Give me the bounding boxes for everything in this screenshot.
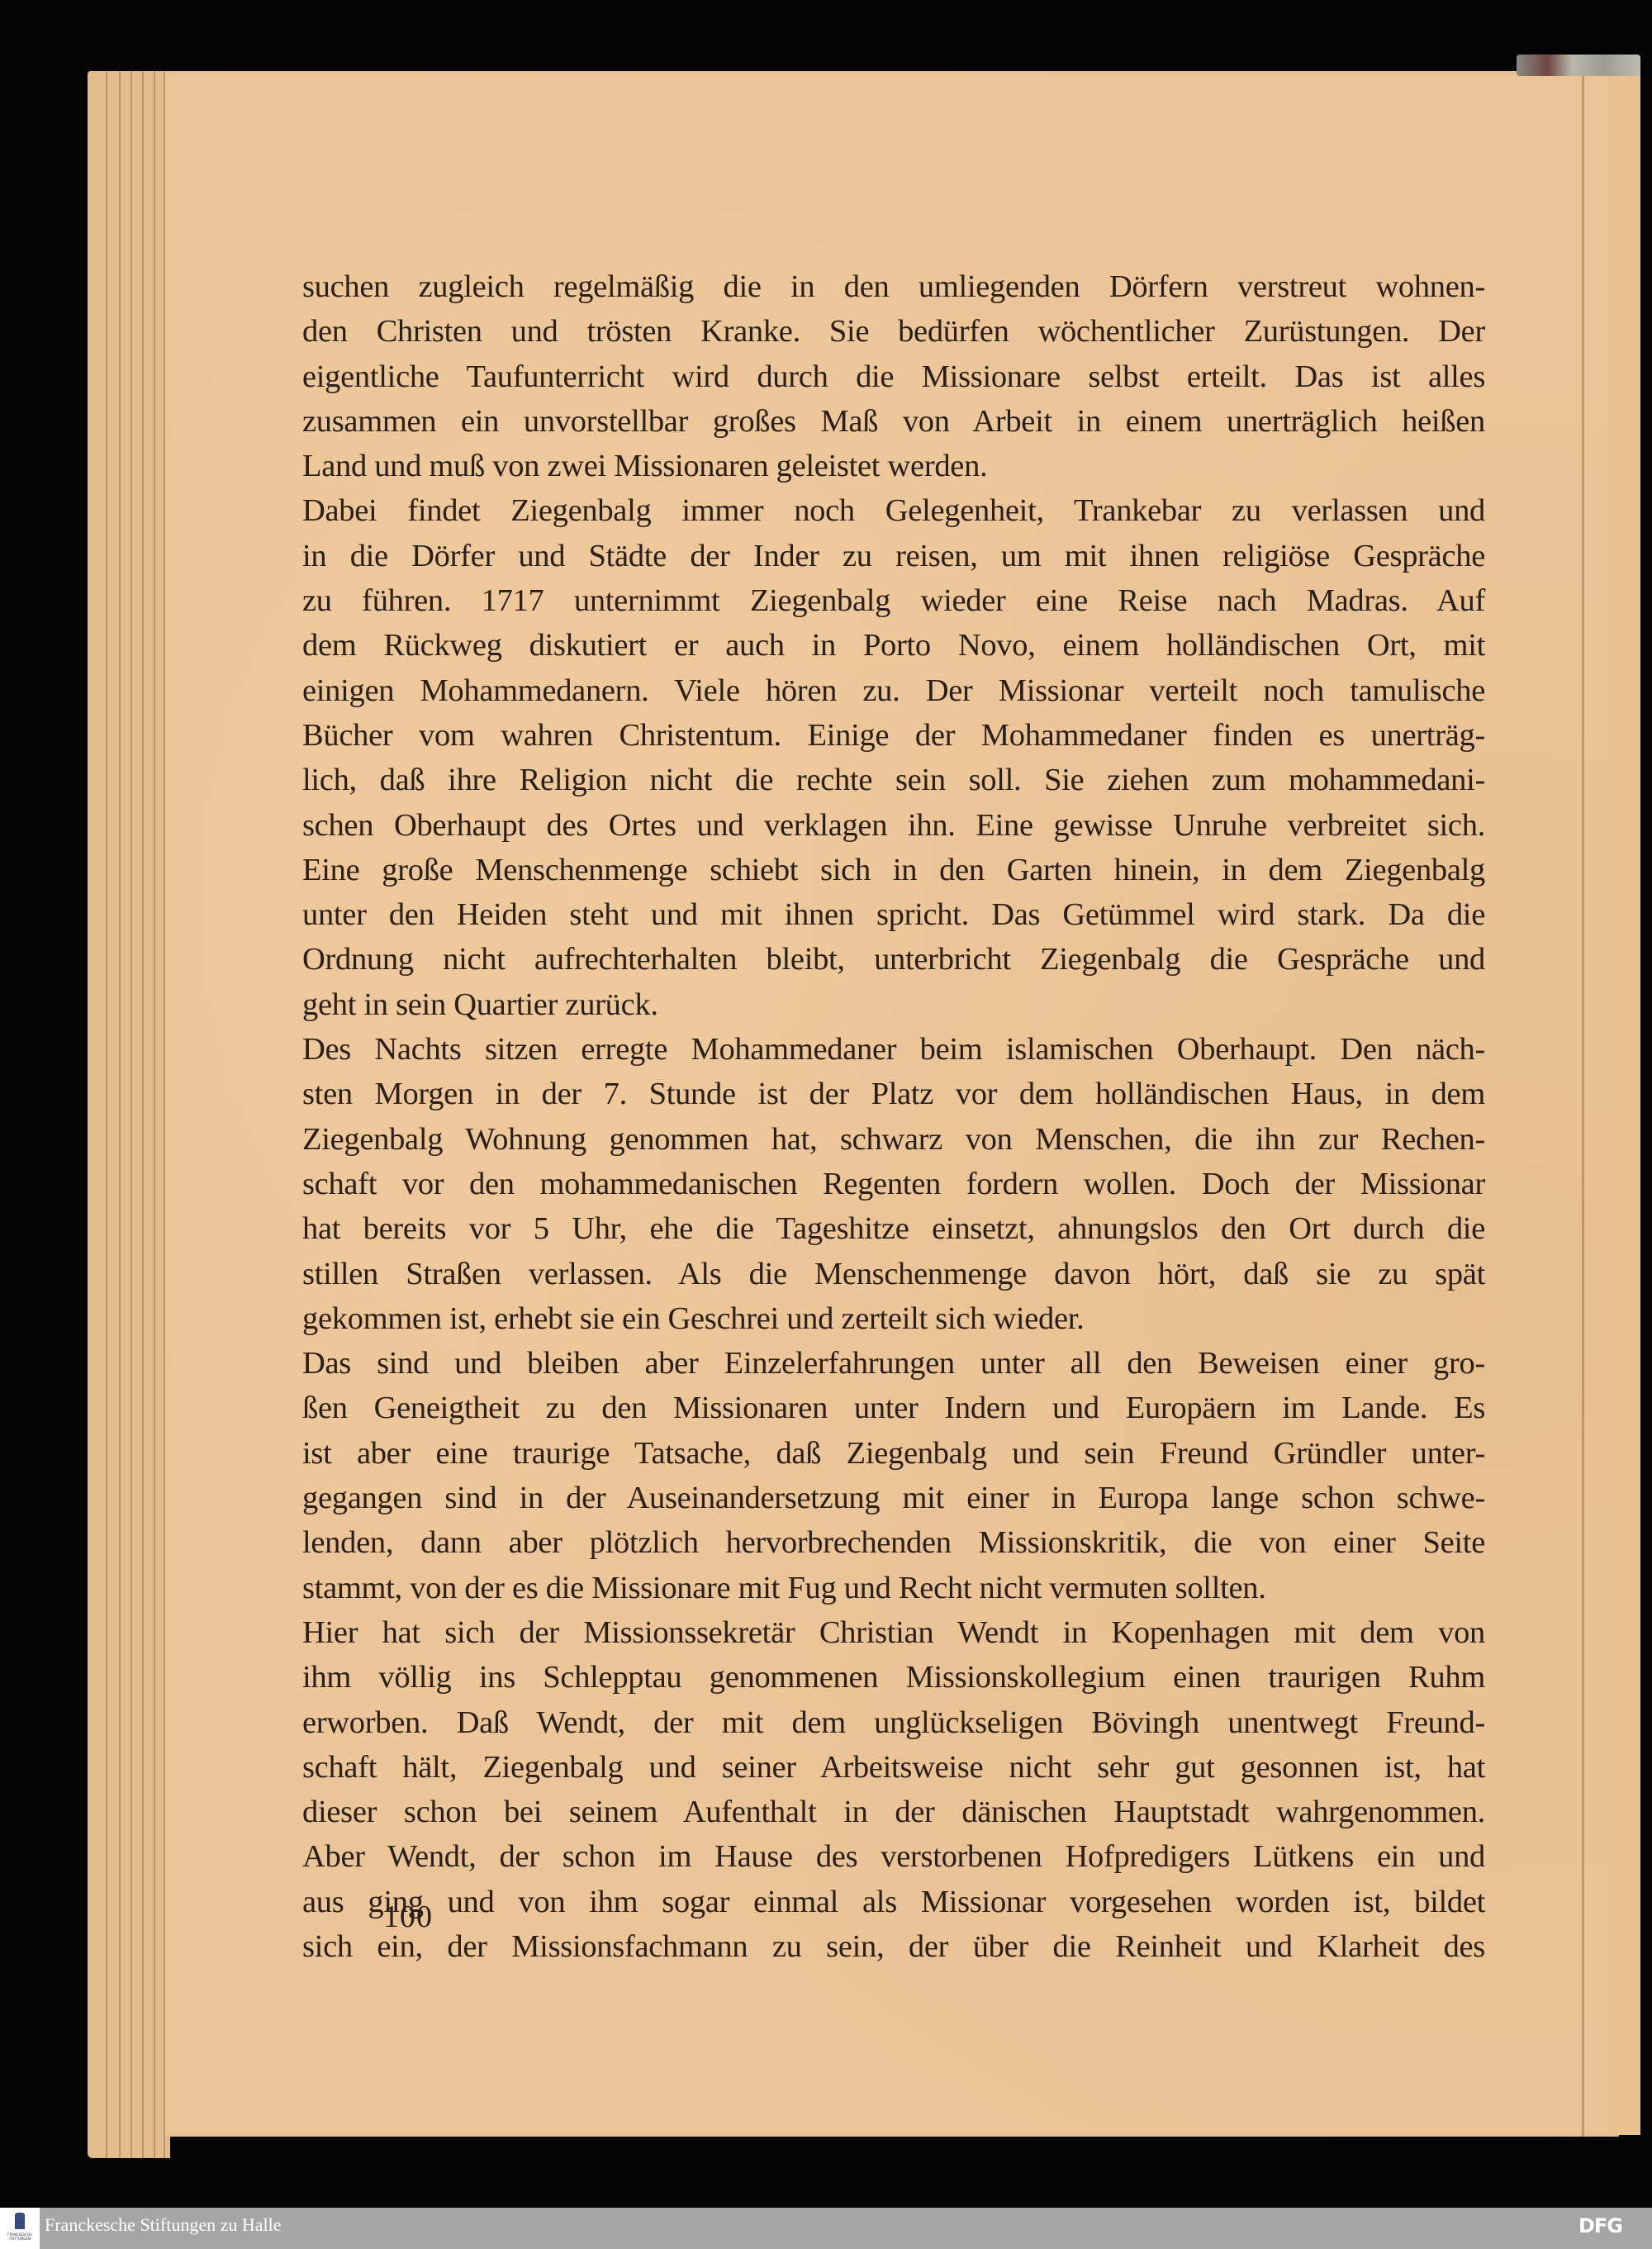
page-gutter [1582, 76, 1584, 2137]
text-line: zu führen. 1717 unternimmt Ziegenbalg wi… [302, 578, 1485, 623]
text-line: aus ging und von ihm sogar einmal als Mi… [302, 1880, 1485, 1924]
binding-thread [1517, 55, 1640, 76]
statue-icon [15, 2213, 25, 2229]
text-line: lich, daß ihre Religion nicht die rechte… [302, 758, 1485, 802]
logo-caption: FRANCKESCHE STIFTUNGEN [2, 2232, 38, 2241]
text-line: den Christen und trösten Kranke. Sie bed… [302, 309, 1485, 354]
page-edge-line [119, 71, 121, 2158]
text-line: schaft vor den mohammedanischen Regenten… [302, 1162, 1485, 1206]
text-line: Des Nachts sitzen erregte Mohammedaner b… [302, 1027, 1485, 1072]
text-line: Ordnung nicht aufrechterhalten bleibt, u… [302, 937, 1485, 982]
text-line: erworben. Daß Wendt, der mit dem unglück… [302, 1700, 1485, 1745]
text-line: ihm völlig ins Schlepptau genommenen Mis… [302, 1655, 1485, 1700]
text-line: ßen Geneigtheit zu den Missionaren unter… [302, 1386, 1485, 1430]
text-line: Land und muß von zwei Missionaren geleis… [302, 444, 1485, 488]
text-line: dieser schon bei seinem Aufenthalt in de… [302, 1790, 1485, 1834]
text-line: gegangen sind in der Auseinandersetzung … [302, 1476, 1485, 1520]
page-edge-line [154, 71, 155, 2158]
page-stack-edges [88, 71, 170, 2158]
page-edge-line [106, 71, 107, 2158]
text-line: Eine große Menschenmenge schiebt sich in… [302, 848, 1485, 892]
text-line: suchen zugleich regelmäßig die in den um… [302, 264, 1485, 309]
text-line: zusammen ein unvorstellbar großes Maß vo… [302, 399, 1485, 444]
text-line: schen Oberhaupt des Ortes und verklagen … [302, 803, 1485, 848]
text-line: Bücher vom wahren Christentum. Einige de… [302, 713, 1485, 758]
page-number: 100 [383, 1899, 433, 1935]
text-line: lenden, dann aber plötzlich hervorbreche… [302, 1520, 1485, 1565]
text-line: Das sind und bleiben aber Einzelerfahrun… [302, 1341, 1485, 1386]
text-line: dem Rückweg diskutiert er auch in Porto … [302, 623, 1485, 668]
text-line: eigentliche Taufunterricht wird durch di… [302, 354, 1485, 399]
text-line: hat bereits vor 5 Uhr, ehe die Tageshitz… [302, 1206, 1485, 1251]
institution-logo: FRANCKESCHE STIFTUNGEN [0, 2208, 40, 2249]
text-line: stillen Straßen verlassen. Als die Mensc… [302, 1252, 1485, 1296]
dfg-logo: DFG [1578, 2214, 1622, 2237]
facing-page-strip [1607, 59, 1640, 2135]
text-line: sten Morgen in der 7. Stunde ist der Pla… [302, 1072, 1485, 1116]
text-line: Aber Wendt, der schon im Hause des verst… [302, 1834, 1485, 1879]
text-line: Hier hat sich der Missionssekretär Chris… [302, 1610, 1485, 1655]
text-line: Ziegenbalg Wohnung genommen hat, schwarz… [302, 1117, 1485, 1162]
text-line: unter den Heiden steht und mit ihnen spr… [302, 892, 1485, 937]
text-line: in die Dörfer und Städte der Inder zu re… [302, 534, 1485, 578]
body-text: suchen zugleich regelmäßig die in den um… [302, 264, 1485, 1969]
text-line: einigen Mohammedanern. Viele hören zu. D… [302, 668, 1485, 713]
text-line: sich ein, der Missionsfachmann zu sein, … [302, 1924, 1485, 1969]
institution-name: Franckesche Stiftungen zu Halle [45, 2214, 282, 2236]
text-line: gekommen ist, erhebt sie ein Geschrei un… [302, 1296, 1485, 1341]
text-line: geht in sein Quartier zurück. [302, 982, 1485, 1027]
page-edge-line [131, 71, 132, 2158]
footer-bar: FRANCKESCHE STIFTUNGEN Franckesche Stift… [0, 2208, 1652, 2249]
text-line: schaft hält, Ziegenbalg und seiner Arbei… [302, 1745, 1485, 1790]
page-edge-line [142, 71, 144, 2158]
text-line: stammt, von der es die Missionare mit Fu… [302, 1566, 1485, 1610]
text-line: ist aber eine traurige Tatsache, daß Zie… [302, 1431, 1485, 1476]
text-line: Dabei findet Ziegenbalg immer noch Geleg… [302, 488, 1485, 533]
